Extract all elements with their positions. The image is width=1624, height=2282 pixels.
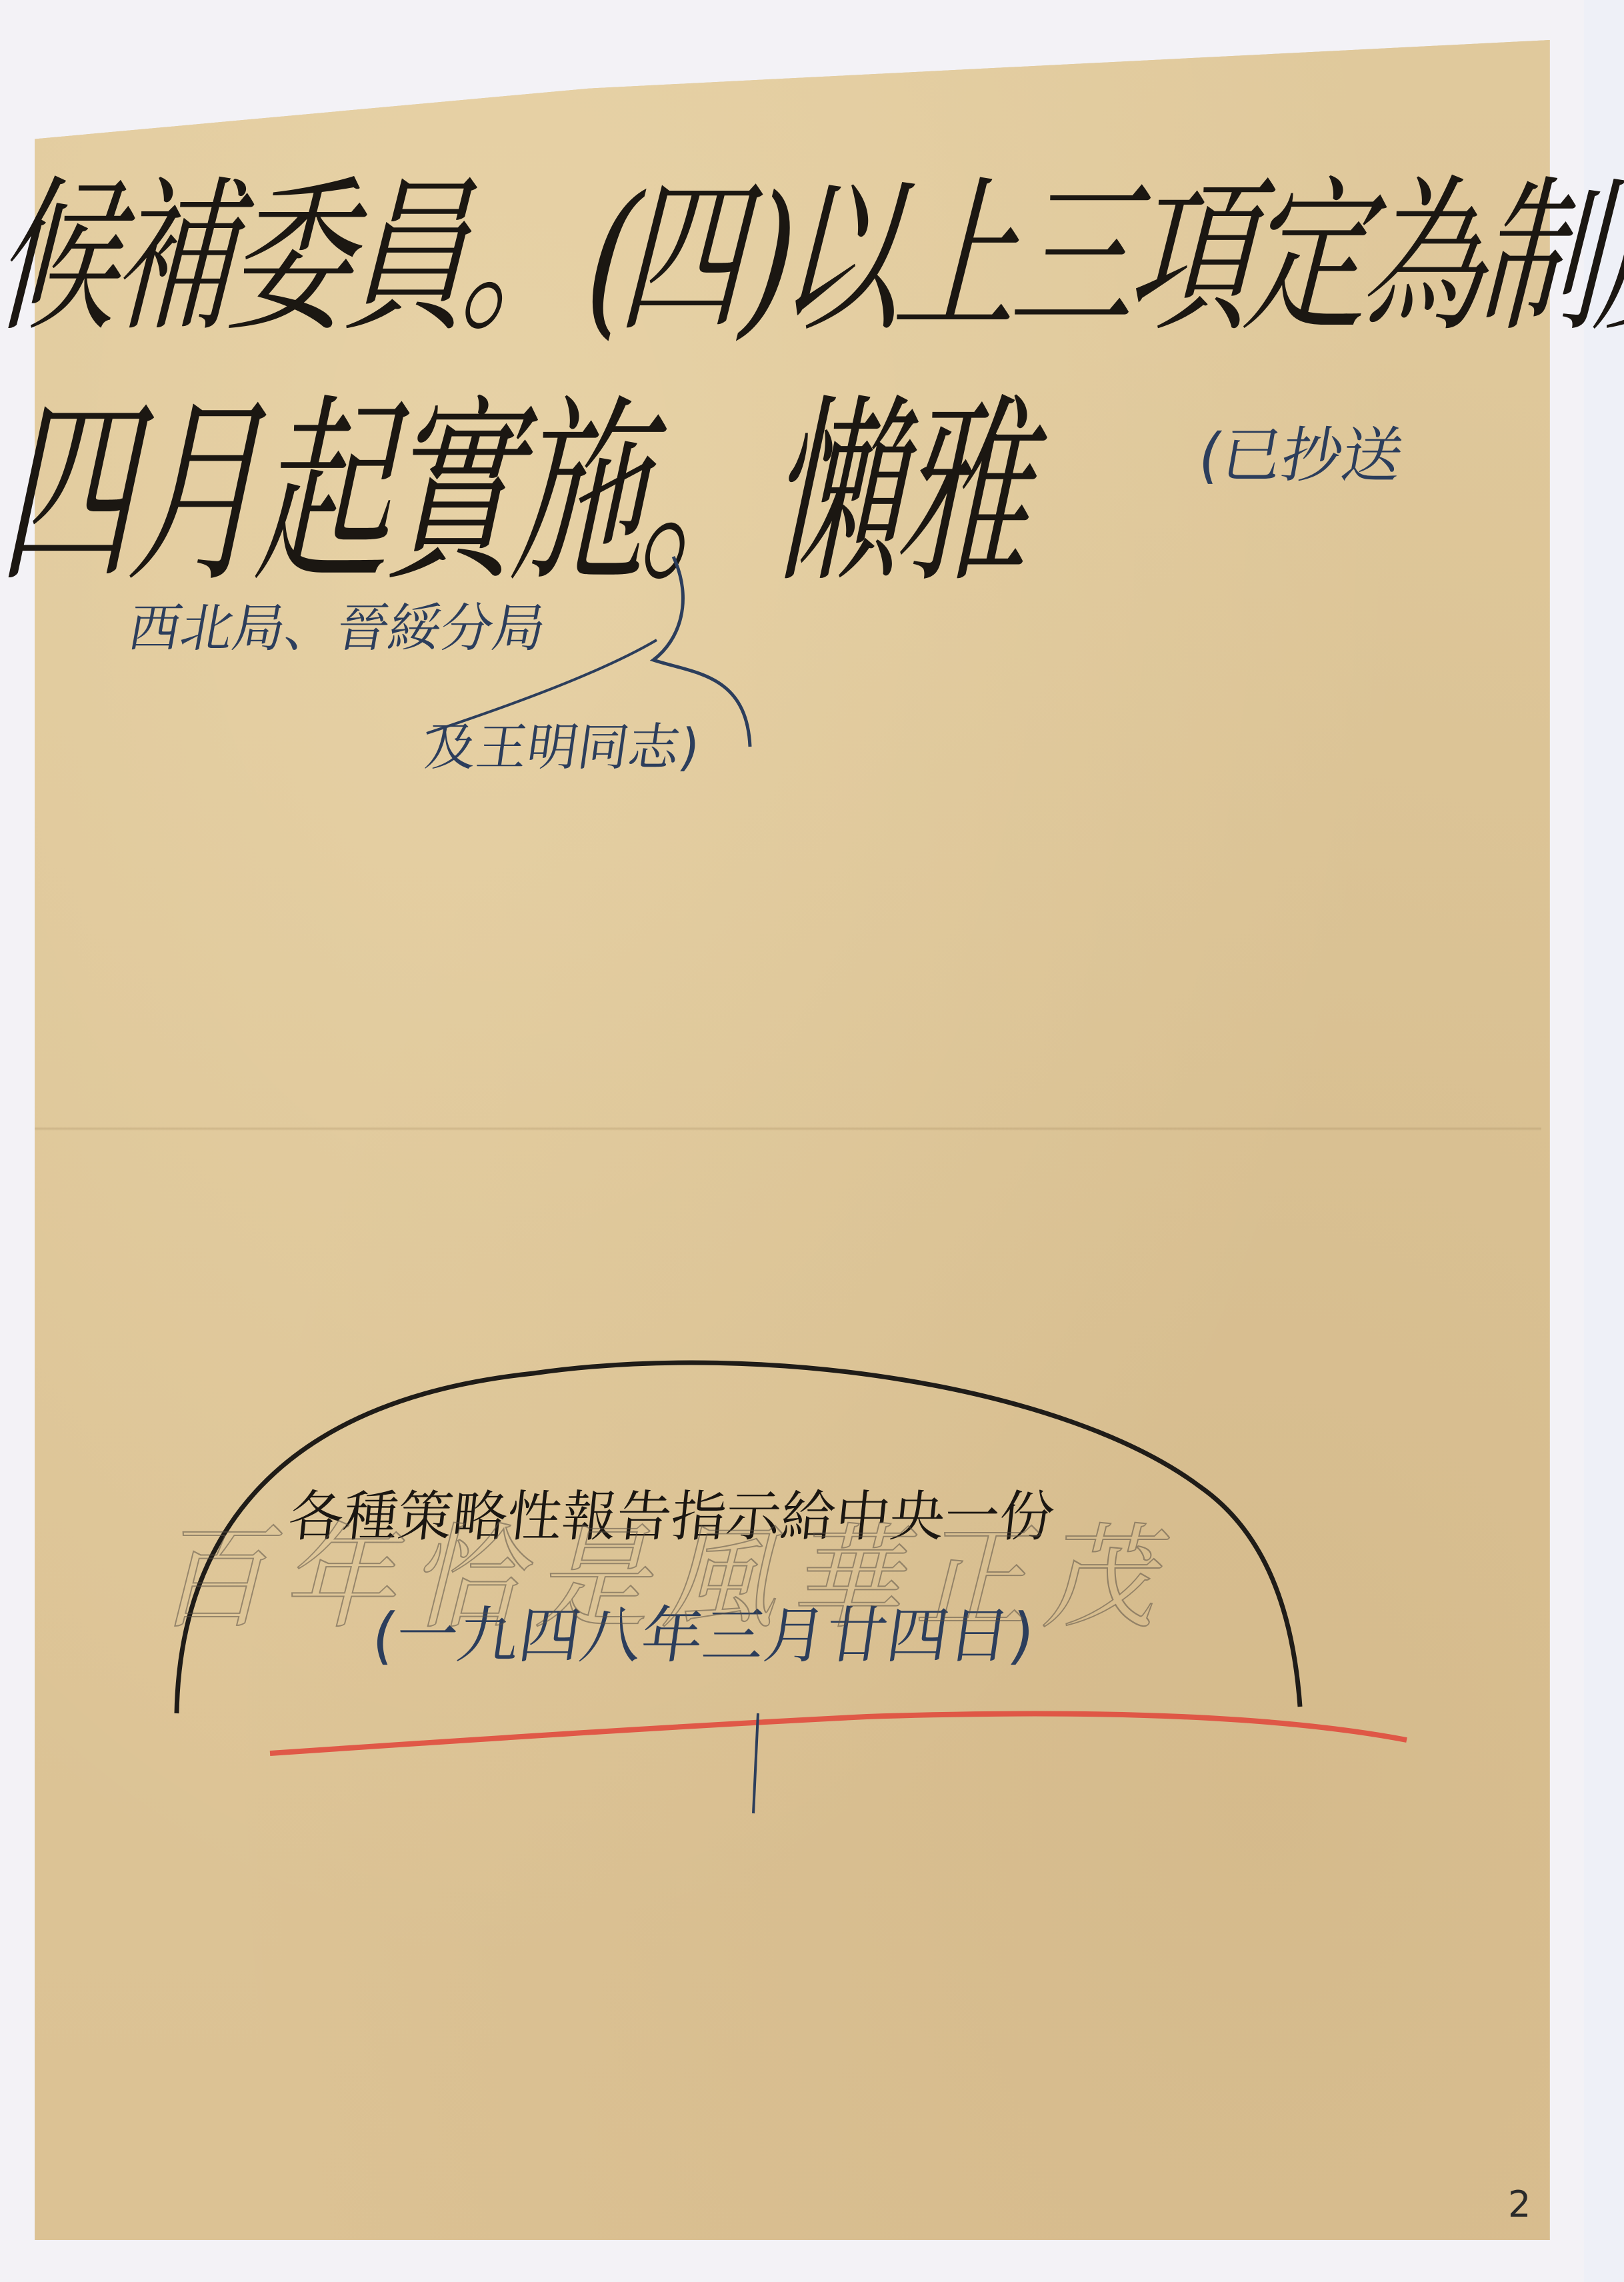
page-number: 2 — [1508, 2183, 1531, 2225]
blue-connector-stroke — [427, 640, 657, 733]
blue-bracket-stroke — [653, 557, 750, 747]
red-underline — [270, 1714, 1407, 1753]
pen-marks-overlay — [0, 0, 1624, 2282]
watermark-text: 百年恰是風華正茂 — [146, 1487, 1200, 1650]
blue-vertical-stroke — [753, 1713, 758, 1813]
